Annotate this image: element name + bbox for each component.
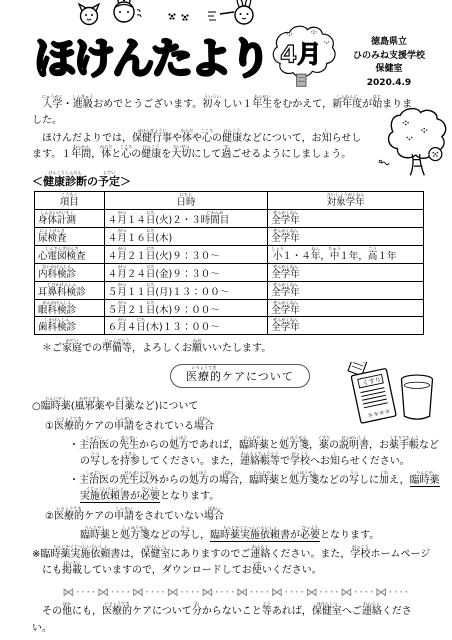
medicine-bag-icon: くすり ＊＊＊＊ (326, 362, 444, 424)
school-line: 保健室 (328, 63, 450, 77)
schedule-note: ＊ご家庭かていでの準備等じゅんびとう，よろしくお願ねがいいたします。 (42, 338, 424, 354)
school-line: ひのみね支援学校 (328, 50, 450, 64)
newsletter-page: ほけんたより 4月 徳島県立 ひのみね支援学校 保健室 2020.4.9 入学に… (0, 0, 452, 640)
table-cell: 全学年ぜんがくねん (268, 317, 424, 335)
care-section-title: 医療的いりょうてきケアについて (170, 364, 310, 388)
newsletter-title: ほけんたより (34, 26, 268, 86)
flowers-doodle-icon (166, 10, 192, 26)
table-cell: 耳鼻科検診じびかけんしん (35, 281, 105, 299)
intro-paragraph: ほけんだよりでは，保健行事ほけんぎょうじや体からだや心こころの健康けんこうなどに… (32, 128, 418, 162)
schedule-section: ＜健康診断けんこうしんだんの予定よてい＞ 項目こうもく日時にちじ対象学年たいしょ… (0, 170, 452, 354)
column-header: 項目こうもく (35, 192, 105, 210)
care-line: ※臨時薬実施依頼書りんじやくじっしいらいしょは，保健室ほけんしつにありますのでご… (32, 544, 440, 579)
underlined-text: 臨時薬実施依頼書りんじやくじっしいらいしょが必要ひつよう (210, 530, 320, 542)
table-header-row: 項目こうもく日時にちじ対象学年たいしょうがくねん (35, 192, 424, 210)
table-cell: 全学年ぜんがくねん (268, 281, 424, 299)
table-cell: 尿検査にょうけんさ (35, 227, 105, 245)
care-line: 臨時薬りんじやくと処方箋しょほうせんなどの写うつし，臨時薬実施依頼書りんじやくじ… (32, 525, 440, 544)
table-cell: ４月がつ２４日にち(金)９：３０～ (104, 263, 268, 281)
table-row: 歯科検診しかけんしん６月がつ４日にち(木)１３：００～全学年ぜんがくねん (35, 317, 424, 335)
table-cell: 眼科検診がんかけんしん (35, 299, 105, 317)
column-header: 対象学年たいしょうがくねん (268, 192, 424, 210)
closing-paragraph: その他ほかにも，医療的いりょうてきケアについて分わからないこと等とうあれば，保健… (32, 601, 440, 636)
child-doodle-icon (108, 0, 142, 28)
table-cell: ４月がつ１６日にち(木) (104, 227, 268, 245)
table-cell: 身体計測しんたいけいそく (35, 209, 105, 227)
table-cell: 内科検診ないかけんしん (35, 263, 105, 281)
blossom-tree-icon (378, 106, 452, 180)
svg-text:4月: 4月 (280, 40, 321, 69)
cat-doodle-icon (76, 2, 102, 28)
care-line: ・主治医しゅじいの先生せんせいからの処方しょほうであれば，臨時薬りんじやくと処方… (32, 435, 440, 470)
table-cell: ４月がつ２１日にち(火)９：３０～ (104, 245, 268, 263)
table-row: 身体計測しんたいけいそく４月がつ１４日にち(火)２・３時間目じかんめ全学年ぜんが… (35, 209, 424, 227)
table-cell: 小しょう１・４年ねん，中ちゅう１年，高こう１年 (268, 245, 424, 263)
table-row: 内科検診ないかけんしん４月がつ２４日にち(金)９：３０～全学年ぜんがくねん (35, 263, 424, 281)
table-cell: ４月がつ１４日にち(火)２・３時間目じかんめ (104, 209, 268, 227)
table-cell: 全学年ぜんがくねん (268, 299, 424, 317)
table-row: 心電図検査しんでんずけんさ４月がつ２１日にち(火)９：３０～小しょう１・４年ねん… (35, 245, 424, 263)
intro-section: 入学にゅうがく・進級しんきゅうおめでとうございます。初々ういういしい１年生ねんせ… (0, 92, 452, 162)
issue-date: 2020.4.9 (328, 77, 450, 91)
table-row: 眼科検診がんかけんしん５月がつ２１日にち(木)９：００～全学年ぜんがくねん (35, 299, 424, 317)
header: ほけんたより 4月 徳島県立 ひのみね支援学校 保健室 2020.4.9 (0, 0, 452, 92)
table-cell: 全学年ぜんがくねん (268, 209, 424, 227)
table-row: 耳鼻科検診じびかけんしん５月がつ１１日にち(月)１３：００～全学年ぜんがくねん (35, 281, 424, 299)
schedule-table: 項目こうもく日時にちじ対象学年たいしょうがくねん 身体計測しんたいけいそく４月が… (34, 191, 424, 335)
ribbon-divider: ⋈····⋈····⋈····⋈····⋈····⋈····⋈····⋈····… (32, 585, 440, 599)
table-cell: ５月がつ１１日にち(月)１３：００～ (104, 281, 268, 299)
table-cell: 全学年ぜんがくねん (268, 263, 424, 281)
care-line: ・主治医しゅじいの先生以外せんせいいがいからの処方しょほうの場合ばあい，臨時薬り… (32, 470, 440, 505)
column-header: 日時にちじ (104, 192, 268, 210)
care-line: ②医療的いりょうてきケアの申請しんせいをされていない場合ばあい (32, 506, 440, 525)
schedule-heading: ＜健康診断けんこうしんだんの予定よてい＞ (32, 170, 424, 189)
table-cell: 全学年ぜんがくねん (268, 227, 424, 245)
intro-paragraph: 入学にゅうがく・進級しんきゅうおめでとうございます。初々ういういしい１年生ねんせ… (32, 94, 418, 128)
table-cell: 心電図検査しんでんずけんさ (35, 245, 105, 263)
schedule-table-body: 身体計測しんたいけいそく４月がつ１４日にち(火)２・３時間目じかんめ全学年ぜんが… (35, 209, 424, 334)
school-line: 徳島県立 (328, 36, 450, 50)
schedule-table-head: 項目こうもく日時にちじ対象学年たいしょうがくねん (35, 192, 424, 210)
table-cell: ６月がつ４日にち(木)１３：００～ (104, 317, 268, 335)
school-info: 徳島県立 ひのみね支援学校 保健室 2020.4.9 (328, 36, 450, 90)
care-section: 医療的いりょうてきケアについて くすり ＊＊＊＊ ○臨時薬りんじやく(風邪薬かぜ… (0, 364, 452, 636)
table-cell: ５月がつ２１日にち(木)９：００～ (104, 299, 268, 317)
table-cell: 歯科検診しかけんしん (35, 317, 105, 335)
table-row: 尿検査にょうけんさ４月がつ１６日にち(木)全学年ぜんがくねん (35, 227, 424, 245)
